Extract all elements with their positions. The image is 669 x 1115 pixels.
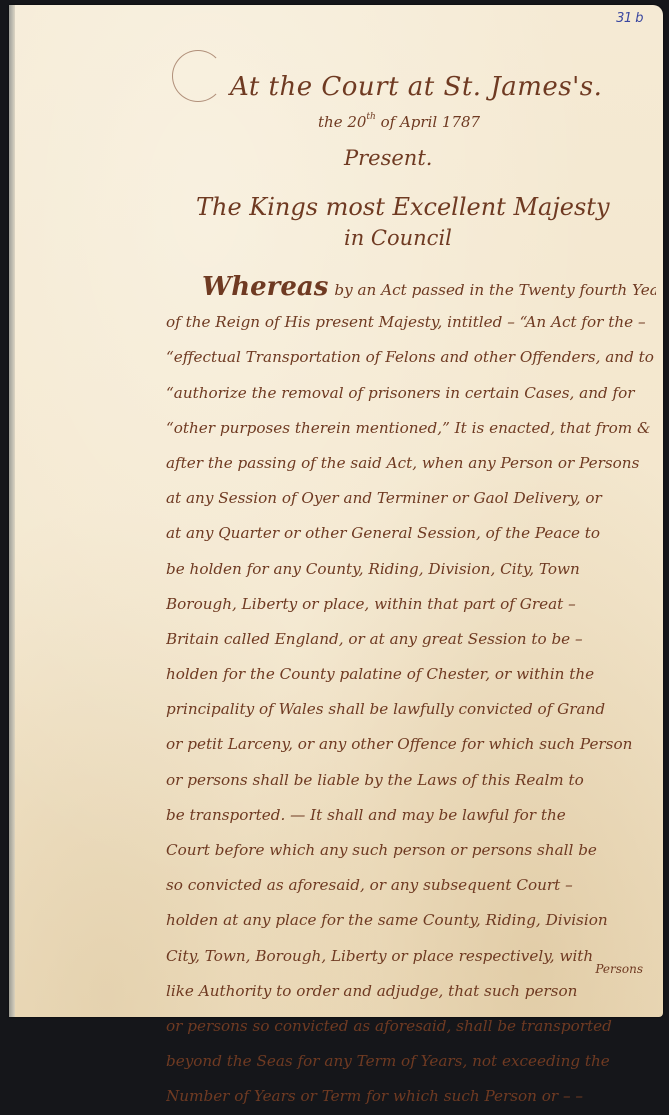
heading-court: At the Court at St. James's. — [230, 72, 602, 102]
page-edge-strip — [9, 5, 15, 1017]
heading-date: the 20th of April 1787 — [318, 112, 480, 131]
body-text: Whereasby an Act passed in the Twenty fo… — [166, 270, 656, 1024]
body-line: “authorize the removal of prisoners in c… — [166, 376, 656, 411]
body-line: be holden for any County, Riding, Divisi… — [166, 552, 656, 587]
first-word-whereas: Whereas — [202, 272, 328, 302]
body-line: “other purposes therein mentioned,” It i… — [166, 411, 656, 446]
body-line: “effectual Transportation of Felons and … — [166, 340, 656, 375]
body-line: Whereasby an Act passed in the Twenty fo… — [166, 270, 656, 305]
body-line: or persons so convicted as aforesaid, sh… — [166, 1009, 656, 1024]
folio-number: 31 b — [616, 11, 643, 26]
heading-present: Present. — [344, 146, 432, 170]
body-line: be transported. — It shall and may be la… — [166, 798, 656, 833]
date-ordinal: th — [366, 112, 375, 122]
body-line: Britain called England, or at any great … — [166, 622, 656, 657]
body-line: or persons shall be liable by the Laws o… — [166, 763, 656, 798]
body-line: Borough, Liberty or place, within that p… — [166, 587, 656, 622]
body-line: holden for the County palatine of Cheste… — [166, 657, 656, 692]
body-line: City, Town, Borough, Liberty or place re… — [166, 939, 656, 974]
body-line: at any Quarter or other General Session,… — [166, 516, 656, 551]
body-line: or petit Larceny, or any other Offence f… — [166, 727, 656, 762]
body-line: at any Session of Oyer and Terminer or G… — [166, 481, 656, 516]
body-line: so convicted as aforesaid, or any subseq… — [166, 868, 656, 903]
body-line: principality of Wales shall be lawfully … — [166, 692, 656, 727]
heading-majesty: The Kings most Excellent Majesty — [196, 193, 610, 221]
decorative-flourish-icon — [172, 50, 224, 102]
catchword: Persons — [595, 962, 643, 976]
body-line: of the Reign of His present Majesty, int… — [166, 305, 656, 340]
body-line: after the passing of the said Act, when … — [166, 446, 656, 481]
heading-council: in Council — [344, 226, 452, 250]
body-line: holden at any place for the same County,… — [166, 903, 656, 938]
date-prefix: the 20 — [318, 113, 366, 131]
body-line: Court before which any such person or pe… — [166, 833, 656, 868]
line-text: by an Act passed in the Twenty fourth Ye… — [334, 281, 656, 299]
date-rest: of April 1787 — [376, 113, 480, 131]
body-line: like Authority to order and adjudge, tha… — [166, 974, 656, 1009]
